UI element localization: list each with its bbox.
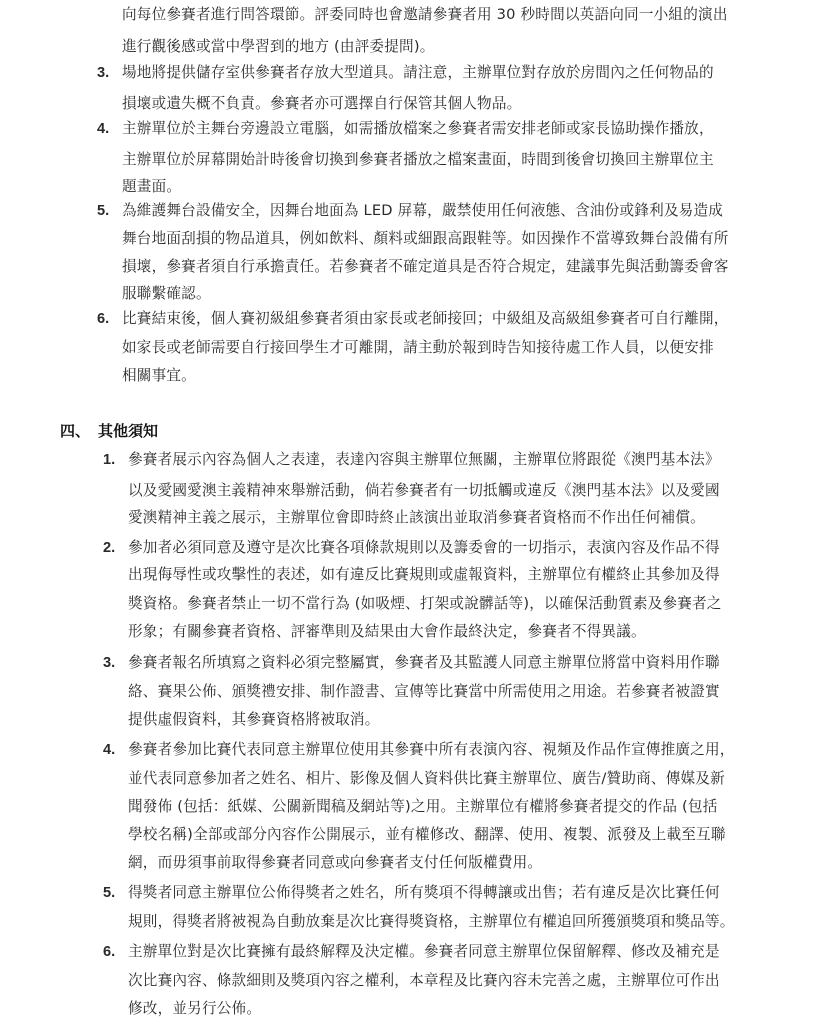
item-line: 形象；有關參賽者資格、評審準則及結果由大會作最終決定，參賽者不得異議。 xyxy=(128,622,646,642)
item-line: 舞台地面刮損的物品道具，例如飲料、顏料或細跟高跟鞋等。如因操作不當導致舞台設備有… xyxy=(122,229,729,249)
item-number: 4. xyxy=(97,119,109,139)
item-line: 服聯繫確認。 xyxy=(122,284,211,304)
section-index: 四、 xyxy=(60,420,98,442)
item-number: 6. xyxy=(97,309,109,329)
item-line: 主辦單位對是次比賽擁有最終解釋及決定權。參賽者同意主辦單位保留解釋、修改及補充是 xyxy=(128,942,720,962)
item-line: 獎資格。參賽者禁止一切不當行為 (如吸煙、打架或說髒話等)，以確保活動質素及參賽… xyxy=(128,594,722,614)
item-number: 3. xyxy=(103,653,115,673)
item-line: 絡、賽果公佈、頒獎禮安排、制作證書、宣傳等比賽當中所需使用之用途。若參賽者被證實 xyxy=(128,682,720,702)
item-line: 以及愛國愛澳主義精神來舉辦活動，倘若參賽者有一切抵觸或違反《澳門基本法》以及愛國 xyxy=(128,481,720,501)
item-line: 如家長或老師需要自行接回學生才可離開，請主動於報到時告知接待處工作人員，以便安排 xyxy=(122,338,714,358)
item-number: 1. xyxy=(103,450,115,470)
item-line: 損壞或遺失概不負責。參賽者亦可選擇自行保管其個人物品。 xyxy=(122,94,521,114)
item-line: 主辦單位於主舞台旁邊設立電腦，如需播放檔案之參賽者需安排老師或家長協助操作播放， xyxy=(122,119,714,139)
document-page: 向每位參賽者進行問答環節。評委同時也會邀請參賽者用 30 秒時間以英語向同一小組… xyxy=(0,0,819,1024)
item-line: 學校名稱)全部或部分內容作公開展示，並有權修改、翻譯、使用、複製、派發及上載至互… xyxy=(128,825,726,845)
item-line: 出現侮辱性或攻擊性的表述，如有違反比賽規則或虛報資料，主辦單位有權終止其參加及得 xyxy=(128,565,720,585)
continuation-line: 向每位參賽者進行問答環節。評委同時也會邀請參賽者用 30 秒時間以英語向同一小組… xyxy=(122,5,728,25)
item-number: 5. xyxy=(97,201,109,221)
item-line: 主辦單位於屏幕開始計時後會切換到參賽者播放之檔案畫面，時間到後會切換回主辦單位主 xyxy=(122,150,714,170)
item-line: 並代表同意參加者之姓名、相片、影像及個人資料供比賽主辦單位、廣告/贊助商、傳媒及… xyxy=(128,769,725,789)
item-line: 參加者必須同意及遵守是次比賽各項條款規則以及籌委會的一切指示，表演內容及作品不得 xyxy=(128,538,720,558)
item-line: 聞發佈 (包括：紙媒、公關新聞稿及網站等)之用。主辦單位有權將參賽者提交的作品 … xyxy=(128,797,718,817)
item-line: 次比賽內容、條款細則及獎項內容之權利，本章程及比賽內容未完善之處，主辦單位可作出 xyxy=(128,971,720,991)
item-number: 5. xyxy=(103,883,115,903)
section-heading: 四、其他須知 xyxy=(60,420,158,442)
item-line: 網，而毋須事前取得參賽者同意或向參賽者支付任何版權費用。 xyxy=(128,853,542,873)
item-line: 得獎者同意主辦單位公佈得獎者之姓名，所有獎項不得轉讓或出售；若有違反是次比賽任何 xyxy=(128,883,720,903)
item-line: 場地將提供儲存室供參賽者存放大型道具。請注意，主辦單位對存放於房間內之任何物品的 xyxy=(122,63,714,83)
item-number: 3. xyxy=(97,63,109,83)
item-number: 6. xyxy=(103,942,115,962)
item-number: 2. xyxy=(103,538,115,558)
item-line: 損壞，參賽者須自行承擔責任。若參賽者不確定道具是否符合規定，建議事先與活動籌委會… xyxy=(122,257,729,277)
item-line: 參賽者展示內容為個人之表達，表達內容與主辦單位無關，主辦單位將跟從《澳門基本法》 xyxy=(128,450,720,470)
item-line: 愛澳精神主義之展示，主辦單位會即時終止該演出並取消參賽者資格而不作出任何補償。 xyxy=(128,508,705,528)
section-title: 其他須知 xyxy=(98,422,158,440)
item-line: 提供虛假資料，其參賽資格將被取消。 xyxy=(128,710,380,730)
item-line: 為維護舞台設備安全，因舞台地面為 LED 屏幕，嚴禁使用任何液態、含油份或鋒利及… xyxy=(122,201,723,221)
continuation-line: 進行觀後感或當中學習到的地方 (由評委提問)。 xyxy=(122,37,435,57)
item-line: 相關事宜。 xyxy=(122,366,196,386)
item-line: 比賽結束後，個人賽初級組參賽者須由家長或老師接回；中級組及高級組參賽者可自行離開… xyxy=(122,309,729,329)
item-line: 規則，得獎者將被視為自動放棄是次比賽得獎資格，主辦單位有權追回所獲頒獎項和獎品等… xyxy=(128,912,735,932)
item-number: 4. xyxy=(103,740,115,760)
item-line: 修改，並另行公佈。 xyxy=(128,999,261,1019)
item-line: 題畫面。 xyxy=(122,177,181,197)
item-line: 參賽者報名所填寫之資料必須完整屬實，參賽者及其監護人同意主辦單位將當中資料用作聯 xyxy=(128,653,720,673)
item-line: 參賽者參加比賽代表同意主辦單位使用其參賽中所有表演內容、視頻及作品作宣傳推廣之用… xyxy=(128,740,735,760)
